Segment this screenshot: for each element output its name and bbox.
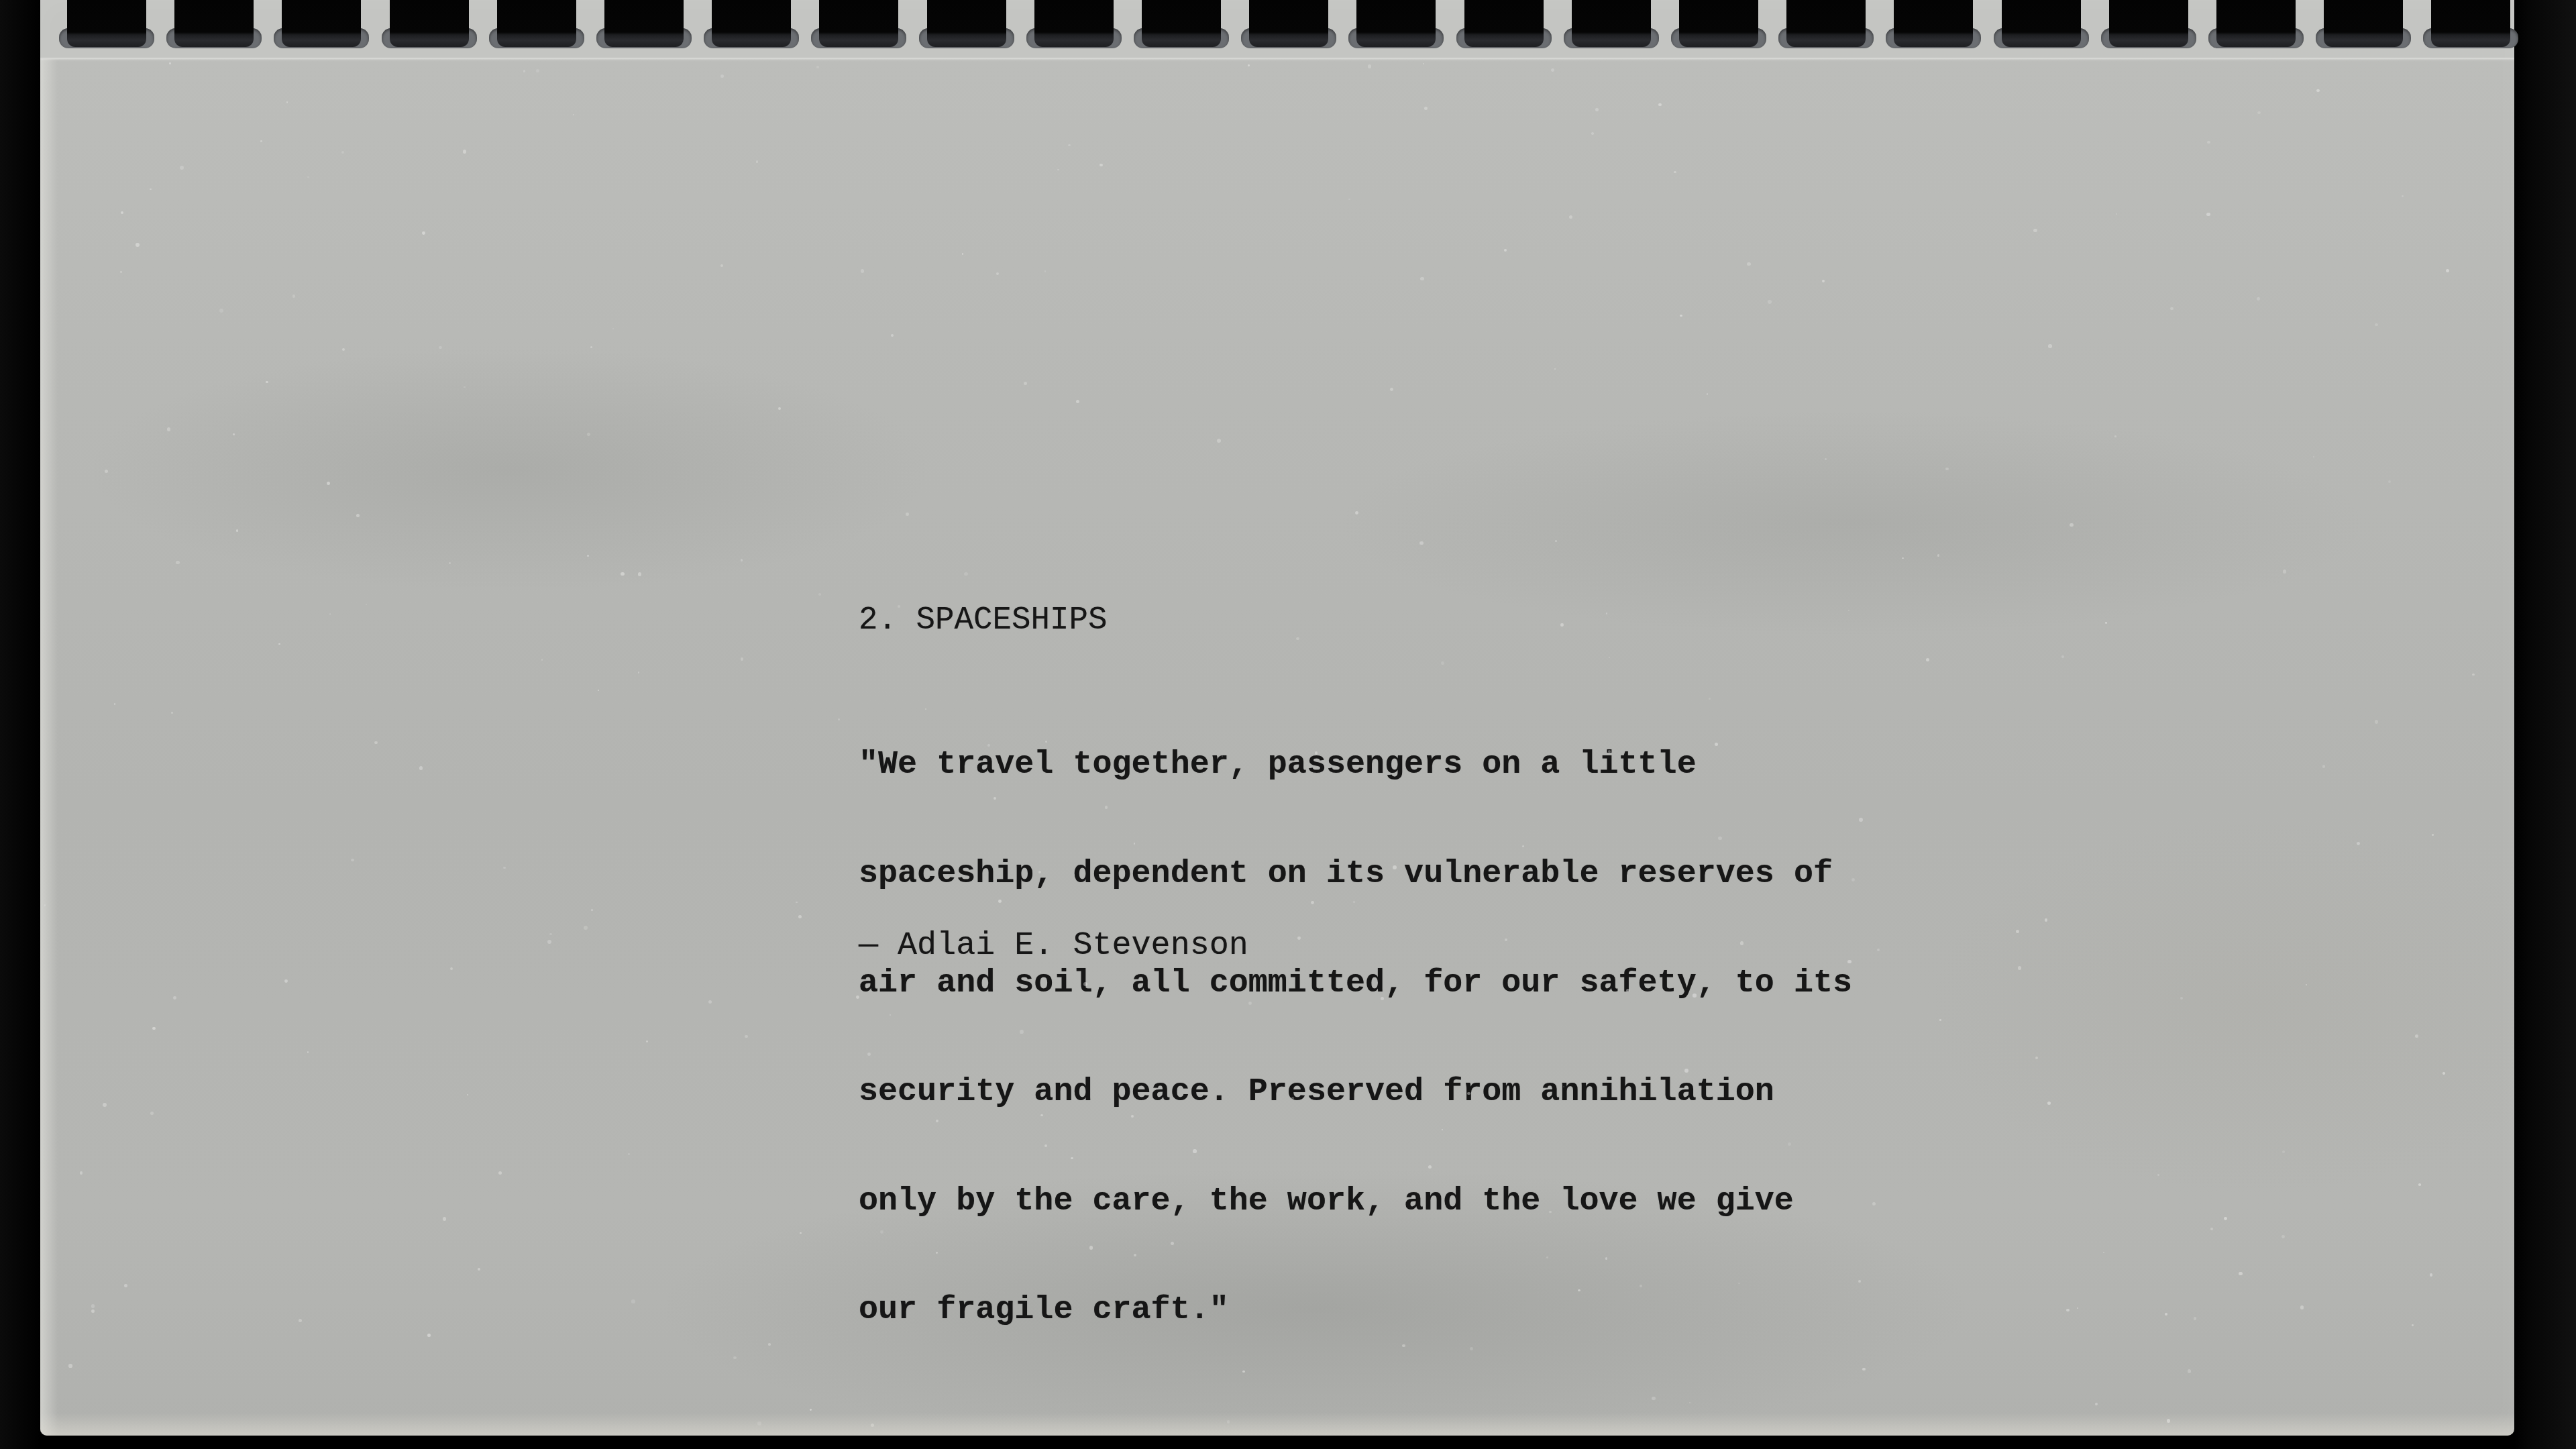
paper-speck	[2047, 1102, 2051, 1105]
binding-wire	[1142, 0, 1221, 47]
paper-speck	[2033, 229, 2037, 233]
binding-wire	[819, 0, 898, 47]
paper-speck	[2300, 1305, 2304, 1309]
binding-wire	[2324, 0, 2403, 47]
paper-speck	[741, 559, 743, 561]
binding-wire	[282, 0, 361, 47]
paper-speck	[1423, 63, 1424, 64]
paper-speck	[2194, 1317, 2197, 1320]
paper-speck	[2257, 297, 2260, 301]
quote-line: air and soil, all committed, for our saf…	[859, 965, 1852, 1002]
binding-wire	[390, 0, 469, 47]
paper-speck	[120, 271, 122, 273]
paper-speck	[2306, 984, 2308, 986]
paper-speck	[105, 470, 108, 473]
paper-speck	[1877, 949, 1880, 951]
paper-speck	[374, 741, 378, 745]
paper-speck	[286, 101, 288, 103]
binding-wire	[1894, 0, 1973, 47]
paper-speck	[768, 1343, 771, 1346]
paper-speck	[366, 604, 367, 605]
paper-speck	[1402, 1344, 1405, 1347]
paper-speck	[741, 657, 744, 661]
paper-speck	[1315, 751, 1318, 755]
binding-ring	[712, 0, 791, 47]
paper-speck	[503, 867, 506, 869]
paper-speck	[587, 555, 588, 556]
paper-speck	[1862, 1368, 1866, 1371]
binding-ring	[927, 0, 1006, 47]
paper-speck	[467, 1094, 468, 1095]
paper-speck	[114, 703, 116, 705]
binding-ring	[2109, 0, 2188, 47]
paper-speck	[2239, 1272, 2243, 1276]
binding-ring	[497, 0, 576, 47]
paper-speck	[356, 514, 360, 517]
paper-speck	[756, 160, 758, 162]
paper-speck	[1040, 1114, 1042, 1116]
paper-speck	[1099, 164, 1103, 167]
paper-speck	[2207, 141, 2210, 144]
paper-speck	[171, 712, 173, 714]
binding-wire	[2216, 0, 2296, 47]
paper-speck	[2375, 720, 2378, 723]
paper-speck	[1569, 215, 1572, 219]
paper-speck	[838, 718, 840, 720]
paper-speck	[1424, 107, 1428, 110]
binding-ring	[1034, 0, 1114, 47]
binding-ring	[67, 0, 146, 47]
paper-speck	[2105, 622, 2107, 624]
paper-speck	[176, 561, 180, 565]
binding-wire	[67, 0, 146, 47]
paper-speck	[1227, 1420, 1230, 1423]
paper-speck	[2432, 834, 2434, 836]
paper-speck	[1419, 541, 1424, 545]
paper-speck	[169, 62, 171, 64]
binding-wire	[1464, 0, 1544, 47]
paper-speck	[2283, 570, 2287, 574]
binding-ring	[1572, 0, 1651, 47]
paper-speck	[1554, 368, 1556, 370]
binding-ring	[2002, 0, 2081, 47]
binding-ring	[2431, 0, 2510, 47]
paper-speck	[2357, 842, 2360, 845]
quote-attribution: — Adlai E. Stevenson	[859, 928, 1248, 964]
paper-speck	[2412, 1324, 2414, 1326]
paper-speck	[2170, 307, 2173, 311]
paper-speck	[816, 66, 819, 68]
paper-speck	[450, 967, 453, 970]
paper-speck	[342, 348, 345, 351]
quote-line: only by the care, the work, and the love…	[859, 1183, 1852, 1220]
paper-speck	[1353, 901, 1355, 903]
paper-speck	[1390, 388, 1393, 391]
paper-speck	[1848, 610, 1849, 611]
paper-speck	[2045, 918, 2047, 921]
paper-speck	[898, 605, 900, 608]
quote-line: our fragile craft."	[859, 1292, 1852, 1328]
paper-speck	[1902, 557, 1903, 559]
paper-speck	[2402, 195, 2404, 197]
paper-speck	[2116, 213, 2117, 215]
paper-speck	[299, 1319, 302, 1322]
paper-speck	[2061, 655, 2064, 658]
paper-speck	[1296, 637, 1299, 640]
paper-speck	[2375, 323, 2377, 326]
paper-speck	[1071, 1157, 1073, 1160]
paper-speck	[2048, 344, 2051, 347]
binding-ring	[282, 0, 361, 47]
paper-speck	[2157, 1174, 2159, 1176]
paper-speck	[2070, 523, 2074, 527]
paper-speck	[1859, 818, 1863, 822]
paper-speck	[621, 572, 625, 576]
paper-speck	[1591, 132, 1594, 135]
paper-speck	[136, 243, 140, 247]
binding-wire	[497, 0, 576, 47]
paper-speck	[150, 1112, 154, 1115]
paper-speck	[180, 166, 184, 170]
binding-wire	[1034, 0, 1114, 47]
paper-speck	[1217, 439, 1221, 443]
paper-speck	[1608, 750, 1611, 753]
paper-speck	[810, 1409, 812, 1411]
paper-speck	[1068, 144, 1071, 147]
paper-speck	[2167, 1419, 2171, 1423]
paper-speck	[573, 114, 574, 115]
paper-speck	[549, 933, 551, 935]
paper-speck	[1020, 1030, 1024, 1034]
paper-speck	[2282, 1235, 2285, 1238]
paper-speck	[628, 1153, 630, 1155]
binding-ring	[1142, 0, 1221, 47]
paper-speck	[1549, 1211, 1552, 1214]
paper-speck	[2066, 1309, 2070, 1312]
binding-ring	[390, 0, 469, 47]
paper-speck	[612, 328, 614, 329]
paper-speck	[591, 909, 593, 911]
paper-speck	[443, 1217, 446, 1220]
paper-speck	[778, 407, 781, 410]
paper-speck	[278, 643, 280, 645]
paper-speck	[796, 902, 797, 903]
paper-speck	[536, 69, 539, 72]
paper-speck	[1606, 612, 1607, 614]
binding-ring	[2216, 0, 2296, 47]
paper-speck	[1057, 169, 1059, 170]
paper-speck	[2077, 1307, 2078, 1309]
paper-speck	[523, 70, 526, 72]
paper-speck	[2316, 89, 2320, 93]
paper-speck	[2282, 1150, 2285, 1153]
binding-ring	[1356, 0, 1436, 47]
paper-speck	[2165, 1313, 2167, 1316]
paper-speck	[1555, 540, 1557, 542]
paper-speck	[266, 381, 268, 384]
paper-speck	[2018, 966, 2022, 970]
paper-speck	[2257, 111, 2261, 115]
paper-speck	[498, 1171, 502, 1175]
paper-speck	[1605, 1257, 1607, 1259]
paper-speck	[103, 1103, 107, 1107]
binding-ring	[1679, 0, 1758, 47]
paper-speck	[1707, 393, 1709, 395]
paper-speck	[121, 211, 123, 214]
binding-ring	[1249, 0, 1328, 47]
paper-speck	[964, 572, 968, 576]
paper-speck	[351, 859, 354, 861]
paper-speck	[1505, 938, 1507, 941]
paper-speck	[757, 1421, 761, 1426]
binding-ring	[1464, 0, 1544, 47]
paper-speck	[2035, 1057, 2038, 1059]
paper-speck	[587, 433, 590, 436]
paper-speck	[1470, 1347, 1473, 1350]
paper-speck	[936, 1252, 938, 1254]
binding-wire	[1786, 0, 1866, 47]
paper-speck	[962, 253, 964, 255]
paper-speck	[2206, 213, 2210, 216]
paper-speck	[2313, 456, 2314, 458]
paper-speck	[2443, 1072, 2445, 1074]
paper-speck	[1747, 262, 1751, 266]
binding-wire	[604, 0, 684, 47]
paper-speck	[1939, 1019, 1941, 1020]
paper-speck	[1044, 270, 1046, 272]
paper-speck	[1652, 1397, 1655, 1400]
paper-speck	[1297, 936, 1301, 940]
paper-speck	[891, 334, 893, 336]
binding-wire	[1679, 0, 1758, 47]
paper-speck	[638, 672, 640, 674]
paper-speck	[1193, 1149, 1196, 1152]
paper-speck	[219, 309, 223, 313]
paper-speck	[547, 940, 551, 944]
paper-speck	[998, 900, 1002, 903]
binding-wire	[1249, 0, 1328, 47]
paper-speck	[2322, 765, 2326, 768]
paper-speck	[307, 1051, 309, 1053]
paper-speck	[856, 996, 859, 999]
binding-ring	[2324, 0, 2403, 47]
paper-speck	[590, 346, 592, 348]
paper-speck	[1825, 458, 1827, 460]
paper-speck	[598, 690, 599, 691]
paper-speck	[1076, 400, 1079, 403]
paper-speck	[152, 1027, 156, 1030]
paper-speck	[2114, 435, 2116, 437]
binding-wire	[2109, 0, 2188, 47]
paper-speck	[260, 140, 262, 142]
spiral-binding	[0, 0, 2576, 54]
paper-speck	[2430, 1273, 2433, 1277]
paper-speck	[233, 433, 235, 435]
section-heading: 2. SPACESHIPS	[859, 602, 1108, 639]
paper-speck	[1926, 658, 1929, 661]
paper-speck	[463, 150, 466, 153]
paper-speck	[44, 904, 46, 906]
page-perforation-edge	[40, 58, 2514, 60]
quote-line: "We travel together, passengers on a lit…	[859, 747, 1852, 783]
paper-speck	[327, 482, 331, 486]
quote-text: "We travel together, passengers on a lit…	[859, 674, 1852, 1401]
paper-speck	[1680, 315, 1682, 317]
paper-speck	[68, 1364, 72, 1368]
paper-speck	[1738, 1283, 1740, 1285]
paper-speck	[2472, 674, 2475, 676]
paper-speck	[1858, 1280, 1861, 1283]
binding-wire	[174, 0, 254, 47]
paper-speck	[173, 996, 176, 1000]
quote-line: spaceship, dependent on its vulnerable r…	[859, 856, 1852, 892]
paper-speck	[427, 1334, 431, 1337]
paper-speck	[150, 189, 151, 190]
paper-speck	[1872, 1202, 1876, 1205]
paper-speck	[2095, 1403, 2098, 1405]
binding-wire	[1572, 0, 1651, 47]
paper-speck	[1134, 843, 1135, 844]
paper-speck	[167, 427, 171, 431]
paper-speck	[733, 1356, 737, 1360]
paper-speck	[2180, 997, 2183, 1000]
paper-speck	[584, 926, 588, 930]
binding-wire	[927, 0, 1006, 47]
paper-speck	[1560, 623, 1564, 627]
paper-speck	[1937, 554, 1940, 557]
paper-speck	[1609, 657, 1610, 658]
binding-ring	[1894, 0, 1973, 47]
paper-speck	[2418, 1183, 2421, 1186]
binding-ring	[819, 0, 898, 47]
paper-speck	[1131, 1115, 1134, 1118]
paper-speck	[798, 915, 802, 918]
paper-speck	[631, 1299, 635, 1303]
paper-speck	[708, 1000, 712, 1004]
paper-speck	[1768, 300, 1772, 304]
notebook-scene: 2. SPACESHIPS "We travel together, passe…	[0, 0, 2576, 1449]
paper-speck	[449, 562, 451, 564]
paper-speck	[1368, 64, 1371, 68]
paper-speck	[1504, 249, 1507, 252]
paper-speck	[2388, 480, 2391, 483]
binding-ring	[174, 0, 254, 47]
paper-speck	[2016, 930, 2020, 934]
paper-speck	[478, 1268, 480, 1271]
paper-speck	[861, 269, 864, 272]
paper-speck	[638, 572, 641, 576]
paper-speck	[800, 1232, 801, 1234]
paper-speck	[464, 386, 465, 388]
paper-speck	[994, 797, 996, 800]
paper-speck	[329, 613, 331, 615]
paper-speck	[1595, 108, 1598, 111]
paper-speck	[1689, 1402, 1690, 1403]
paper-speck	[996, 272, 999, 275]
paper-speck	[1945, 468, 1949, 471]
paper-speck	[906, 513, 908, 515]
paper-speck	[1024, 382, 1028, 386]
paper-speck	[1441, 661, 1444, 665]
paper-speck	[1847, 960, 1851, 964]
paper-speck	[1718, 837, 1721, 840]
paper-speck	[646, 1040, 648, 1042]
paper-speck	[2446, 269, 2449, 272]
paper-speck	[80, 1171, 83, 1175]
paper-speck	[341, 151, 344, 154]
paper-speck	[1393, 865, 1397, 869]
binding-wire	[2002, 0, 2081, 47]
paper-speck	[1038, 871, 1041, 873]
paper-speck	[871, 1424, 874, 1427]
paper-speck	[818, 593, 820, 595]
quote-line: security and peace. Preserved from annih…	[859, 1074, 1852, 1110]
paper-speck	[1248, 64, 1249, 66]
paper-speck	[1291, 1097, 1294, 1099]
paper-speck	[1674, 171, 1676, 173]
paper-speck	[2415, 1034, 2418, 1038]
paper-speck	[1248, 1002, 1252, 1005]
paper-speck	[1311, 901, 1314, 904]
paper-speck	[745, 1035, 748, 1038]
paper-speck	[124, 1284, 127, 1287]
paper-speck	[91, 1309, 95, 1313]
paper-speck	[1089, 1246, 1093, 1249]
paper-speck	[936, 1120, 938, 1122]
paper-speck	[2188, 1369, 2192, 1373]
paper-speck	[2103, 1252, 2104, 1253]
paper-speck	[236, 529, 238, 531]
paper-speck	[2224, 1217, 2227, 1220]
paper-speck	[307, 176, 309, 178]
paper-speck	[1658, 103, 1661, 106]
paper-speck	[419, 766, 423, 770]
paper-speck	[720, 74, 724, 78]
notebook-page: 2. SPACESHIPS "We travel together, passe…	[40, 0, 2514, 1436]
paper-speck	[880, 1230, 883, 1234]
paper-speck	[422, 231, 425, 235]
paper-speck	[1420, 277, 1424, 281]
binding-ring	[1786, 0, 1866, 47]
paper-speck	[1546, 1256, 1548, 1258]
paper-speck	[1551, 68, 1554, 72]
paper-speck	[1822, 280, 1825, 282]
paper-speck	[91, 1304, 95, 1308]
binding-wire	[1356, 0, 1436, 47]
binding-wire	[2431, 0, 2510, 47]
binding-wire	[712, 0, 791, 47]
paper-speck	[439, 346, 441, 349]
paper-speck	[2210, 1228, 2213, 1230]
paper-speck	[1355, 511, 1358, 515]
paper-speck	[1851, 878, 1855, 881]
paper-speck	[284, 979, 288, 983]
binding-ring	[604, 0, 684, 47]
paper-speck	[1348, 199, 1350, 201]
paper-speck	[292, 294, 296, 298]
paper-speck	[541, 659, 543, 660]
paper-speck	[1693, 994, 1697, 998]
paper-speck	[720, 264, 723, 267]
